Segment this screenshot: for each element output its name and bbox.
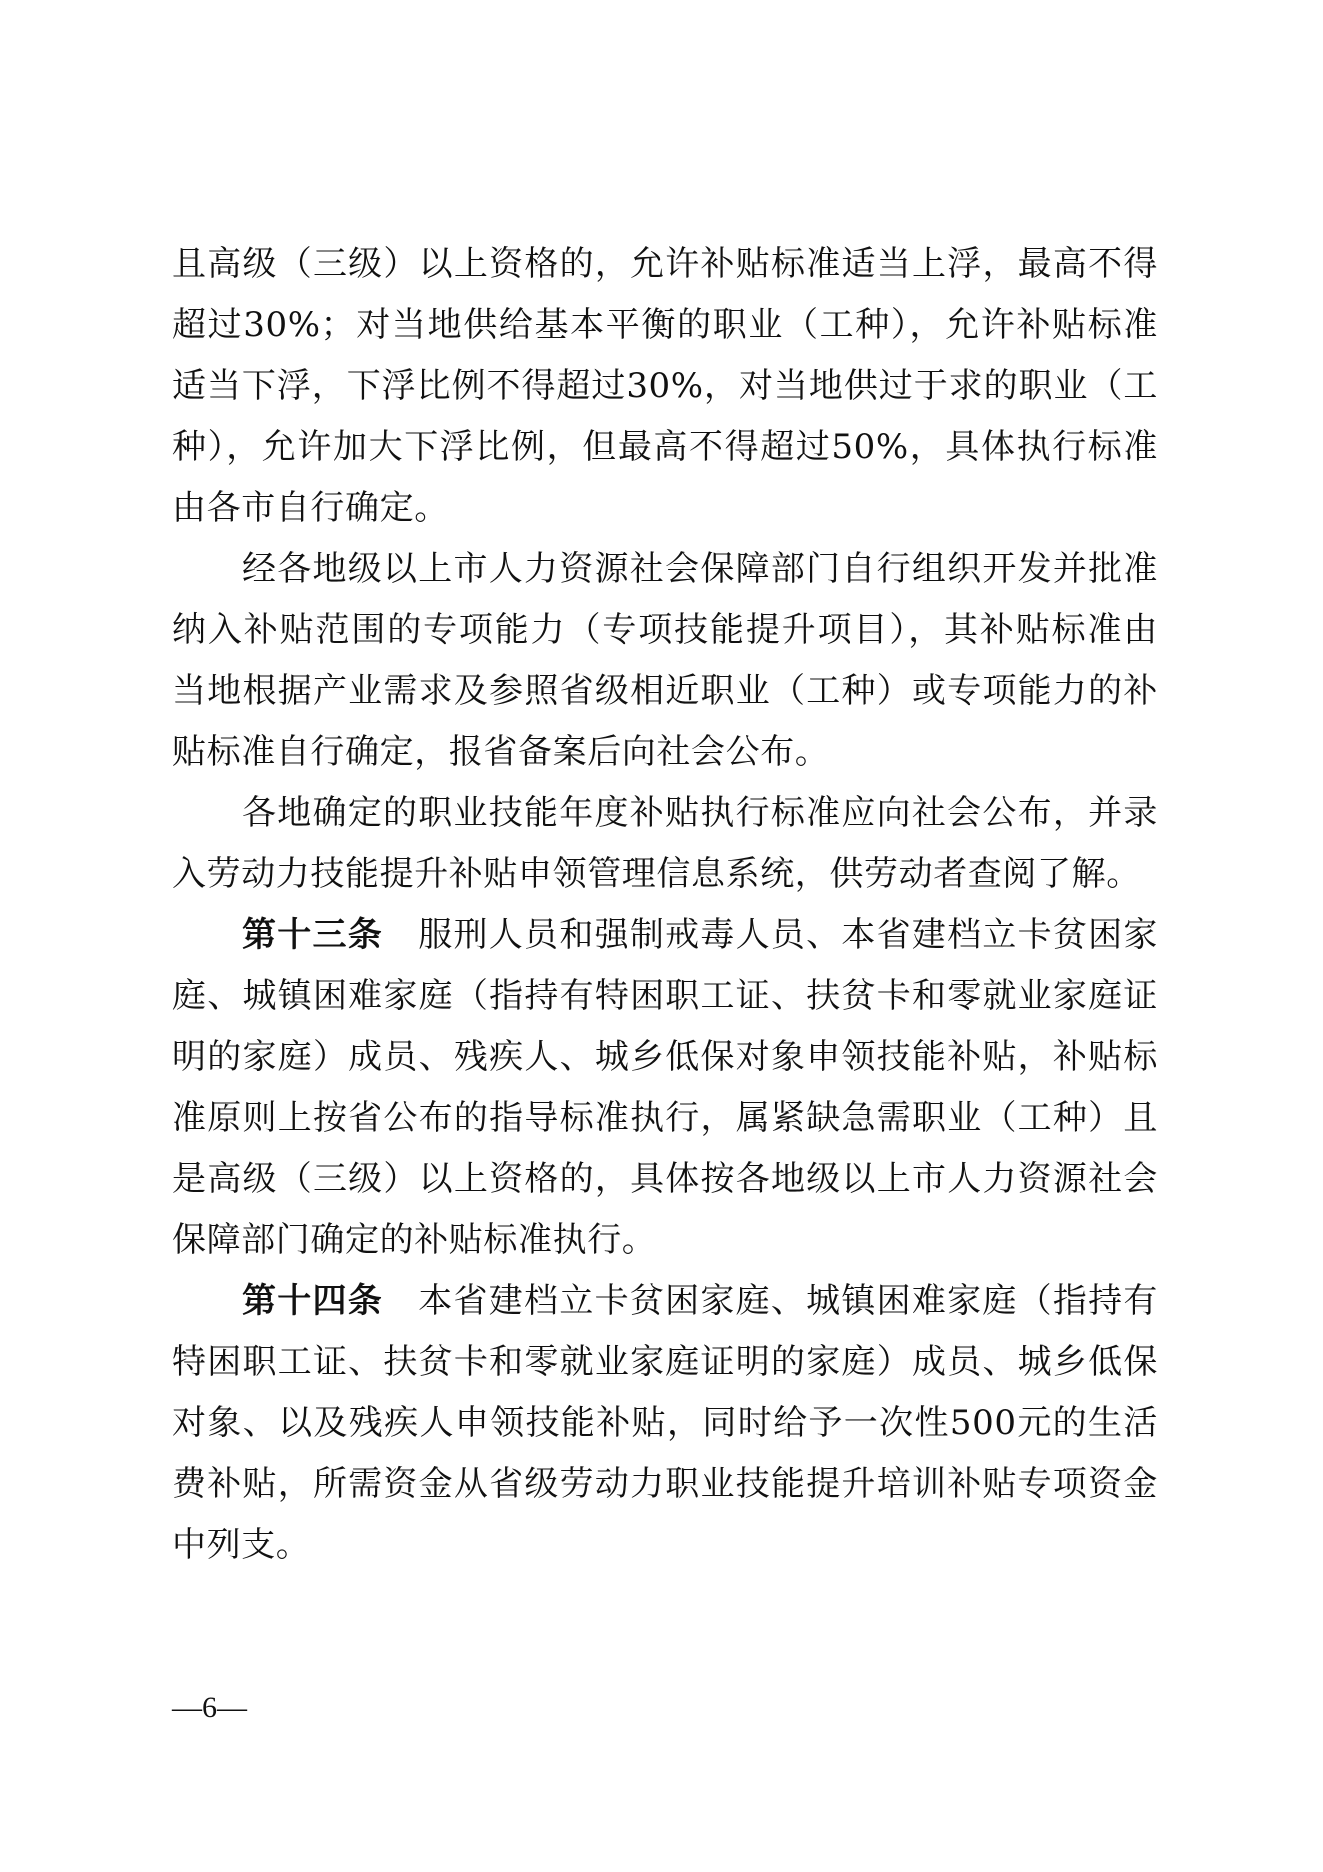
paragraph-text: 各地确定的职业技能年度补贴执行标准应向社会公布，并录入劳动力技能提升补贴申领管理… [172, 793, 1158, 894]
paragraph-text: 经各地级以上市人力资源社会保障部门自行组织开发并批准纳入补贴范围的专项能力（专项… [172, 549, 1158, 772]
page-number: —6— [172, 1688, 247, 1728]
article-14-label: 第十四条 [242, 1281, 383, 1321]
article-13-text: 服刑人员和强制戒毒人员、本省建档立卡贫困家庭、城镇困难家庭（指持有特困职工证、扶… [172, 915, 1158, 1260]
article-14: 第十四条 本省建档立卡贫困家庭、城镇困难家庭（指持有特困职工证、扶贫卡和零就业家… [172, 1271, 1158, 1576]
article-13: 第十三条 服刑人员和强制戒毒人员、本省建档立卡贫困家庭、城镇困难家庭（指持有特困… [172, 905, 1158, 1271]
label-separator [383, 1281, 418, 1321]
paragraph-subsidy-adjustment: 且高级（三级）以上资格的，允许补贴标准适当上浮，最高不得超过30%；对当地供给基… [172, 234, 1158, 539]
paragraph-text: 且高级（三级）以上资格的，允许补贴标准适当上浮，最高不得超过30%；对当地供给基… [172, 244, 1158, 528]
article-14-text: 本省建档立卡贫困家庭、城镇困难家庭（指持有特困职工证、扶贫卡和零就业家庭证明的家… [172, 1281, 1158, 1565]
paragraph-special-ability-standard: 经各地级以上市人力资源社会保障部门自行组织开发并批准纳入补贴范围的专项能力（专项… [172, 539, 1158, 783]
document-page: 且高级（三级）以上资格的，允许补贴标准适当上浮，最高不得超过30%；对当地供给基… [0, 0, 1323, 1872]
paragraph-standard-publication: 各地确定的职业技能年度补贴执行标准应向社会公布，并录入劳动力技能提升补贴申领管理… [172, 783, 1158, 905]
document-body: 且高级（三级）以上资格的，允许补贴标准适当上浮，最高不得超过30%；对当地供给基… [172, 234, 1158, 1576]
label-separator [383, 915, 418, 955]
article-13-label: 第十三条 [242, 915, 383, 955]
